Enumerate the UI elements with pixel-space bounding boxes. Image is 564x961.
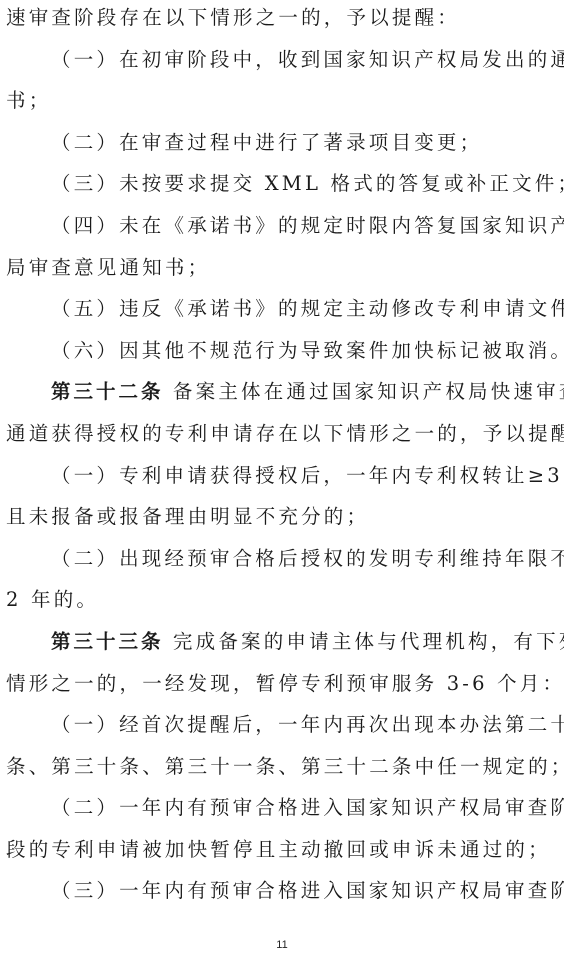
- line-text: 通道获得授权的专利申请存在以下情形之一的，予以提醒：: [6, 422, 564, 445]
- line-text: （四）未在《承诺书》的规定时限内答复国家知识产权: [51, 214, 564, 237]
- text-line: （四）未在《承诺书》的规定时限内答复国家知识产权: [6, 208, 562, 250]
- line-text: 书；: [6, 89, 51, 112]
- article-heading-line: 第三十三条 完成备案的申请主体与代理机构，有下列: [6, 624, 562, 666]
- line-text: 且未报备或报备理由明显不充分的；: [6, 505, 369, 528]
- text-line: 书；: [6, 83, 562, 125]
- line-text: （二）出现经预审合格后授权的发明专利维持年限不足: [51, 547, 564, 570]
- text-line: 且未报备或报备理由明显不充分的；: [6, 499, 562, 541]
- text-line: （三）一年内有预审合格进入国家知识产权局审查阶: [6, 873, 562, 915]
- text-line: （一）在初审阶段中，收到国家知识产权局发出的通知: [6, 42, 562, 84]
- text-line: （六）因其他不规范行为导致案件加快标记被取消。: [6, 333, 562, 375]
- text-line: （二）一年内有预审合格进入国家知识产权局审查阶: [6, 790, 562, 832]
- document-page: 速审查阶段存在以下情形之一的，予以提醒： （一）在初审阶段中，收到国家知识产权局…: [6, 0, 562, 915]
- text-line: （五）违反《承诺书》的规定主动修改专利申请文件；: [6, 291, 562, 333]
- text-line: 通道获得授权的专利申请存在以下情形之一的，予以提醒：: [6, 416, 562, 458]
- line-text: 完成备案的申请主体与代理机构，有下列: [164, 630, 564, 653]
- text-line: 情形之一的，一经发现，暂停专利预审服务 3-6 个月：: [6, 666, 562, 708]
- article-heading-line: 第三十二条 备案主体在通过国家知识产权局快速审查: [6, 374, 562, 416]
- line-text: 条、第三十条、第三十一条、第三十二条中任一规定的；: [6, 755, 564, 778]
- line-text: （一）经首次提醒后，一年内再次出现本办法第二十九: [51, 713, 564, 736]
- text-line: 条、第三十条、第三十一条、第三十二条中任一规定的；: [6, 749, 562, 791]
- line-text: （三）未按要求提交 XML 格式的答复或补正文件；: [51, 172, 564, 195]
- text-line: 局审查意见通知书；: [6, 250, 562, 292]
- line-text: （二）一年内有预审合格进入国家知识产权局审查阶: [51, 796, 564, 819]
- line-text: （六）因其他不规范行为导致案件加快标记被取消。: [51, 339, 564, 362]
- line-text: （五）违反《承诺书》的规定主动修改专利申请文件；: [51, 297, 564, 320]
- text-line: （一）专利申请获得授权后，一年内专利权转让≥3 件: [6, 458, 562, 500]
- article-number: 第三十三条: [51, 630, 164, 653]
- line-text: 2 年的。: [6, 588, 99, 611]
- line-text: （一）专利申请获得授权后，一年内专利权转让≥3 件: [51, 464, 564, 487]
- line-text: （二）在审查过程中进行了著录项目变更；: [51, 131, 482, 154]
- line-text: 局审查意见通知书；: [6, 256, 210, 279]
- text-line: 速审查阶段存在以下情形之一的，予以提醒：: [6, 0, 562, 42]
- text-line: （二）出现经预审合格后授权的发明专利维持年限不足: [6, 541, 562, 583]
- page-number: 11: [0, 939, 564, 951]
- text-line: （三）未按要求提交 XML 格式的答复或补正文件；: [6, 166, 562, 208]
- text-line: 段的专利申请被加快暂停且主动撤回或申诉未通过的；: [6, 832, 562, 874]
- line-text: （一）在初审阶段中，收到国家知识产权局发出的通知: [51, 48, 564, 71]
- line-text: （三）一年内有预审合格进入国家知识产权局审查阶: [51, 879, 564, 902]
- text-line: （一）经首次提醒后，一年内再次出现本办法第二十九: [6, 707, 562, 749]
- line-text: 速审查阶段存在以下情形之一的，予以提醒：: [6, 6, 460, 29]
- text-line: （二）在审查过程中进行了著录项目变更；: [6, 125, 562, 167]
- line-text: 段的专利申请被加快暂停且主动撤回或申诉未通过的；: [6, 838, 551, 861]
- text-line: 2 年的。: [6, 582, 562, 624]
- article-number: 第三十二条: [51, 380, 164, 403]
- line-text: 情形之一的，一经发现，暂停专利预审服务 3-6 个月：: [6, 672, 564, 695]
- line-text: 备案主体在通过国家知识产权局快速审查: [164, 380, 564, 403]
